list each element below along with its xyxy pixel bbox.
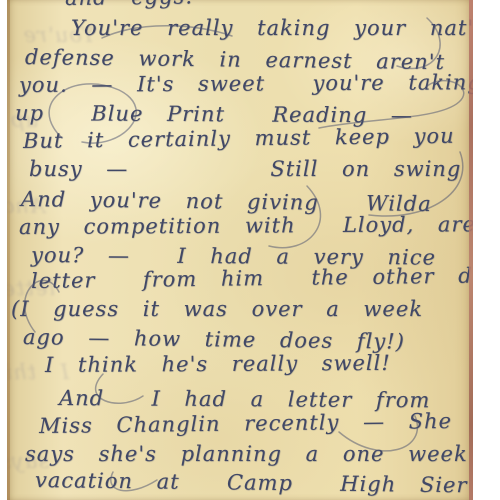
paper-right-edge bbox=[469, 0, 473, 500]
letter-line-11: letter from him the other day. bbox=[31, 263, 473, 293]
letter-line-9: any competition with Lloyd, are bbox=[19, 212, 473, 239]
letter-line-14: I think he's really swell! bbox=[45, 351, 391, 377]
letter-line-16: Miss Changlin recently — She bbox=[39, 409, 452, 438]
letter-line-13: ago — how time does fly!) bbox=[23, 325, 405, 354]
letter-line-12: (I guess it was over a week bbox=[11, 297, 423, 321]
letter-line-1: and eggs. bbox=[65, 0, 193, 10]
letter-line-18: vacation at Camp High Sier bbox=[35, 468, 468, 497]
letter-line-7: busy — Still on swing shift? bbox=[29, 157, 473, 181]
letter-line-17: says she's planning a one week bbox=[25, 442, 468, 466]
letter-line-2: You're really taking your nat'l bbox=[71, 16, 473, 40]
letter-line-4: you. — It's sweet you're taking bbox=[19, 70, 473, 97]
letter-line-5: up Blue Print Reading — bbox=[15, 101, 413, 127]
letter-line-8: And you're not giving Wilda bbox=[21, 187, 432, 216]
letter-line-15: And I had a letter from bbox=[59, 386, 430, 412]
scanned-letter-page: You're really taking your nat'lup Blue P… bbox=[0, 0, 500, 500]
letter-line-6: But it certainly must keep you bbox=[23, 124, 455, 153]
letter-line-3: defense work in earnest aren't bbox=[25, 45, 445, 74]
handwriting-lines: and eggs.You're really taking your nat'l… bbox=[7, 0, 473, 500]
letter-paper: You're really taking your nat'lup Blue P… bbox=[7, 0, 473, 500]
paper-left-edge bbox=[7, 0, 10, 500]
